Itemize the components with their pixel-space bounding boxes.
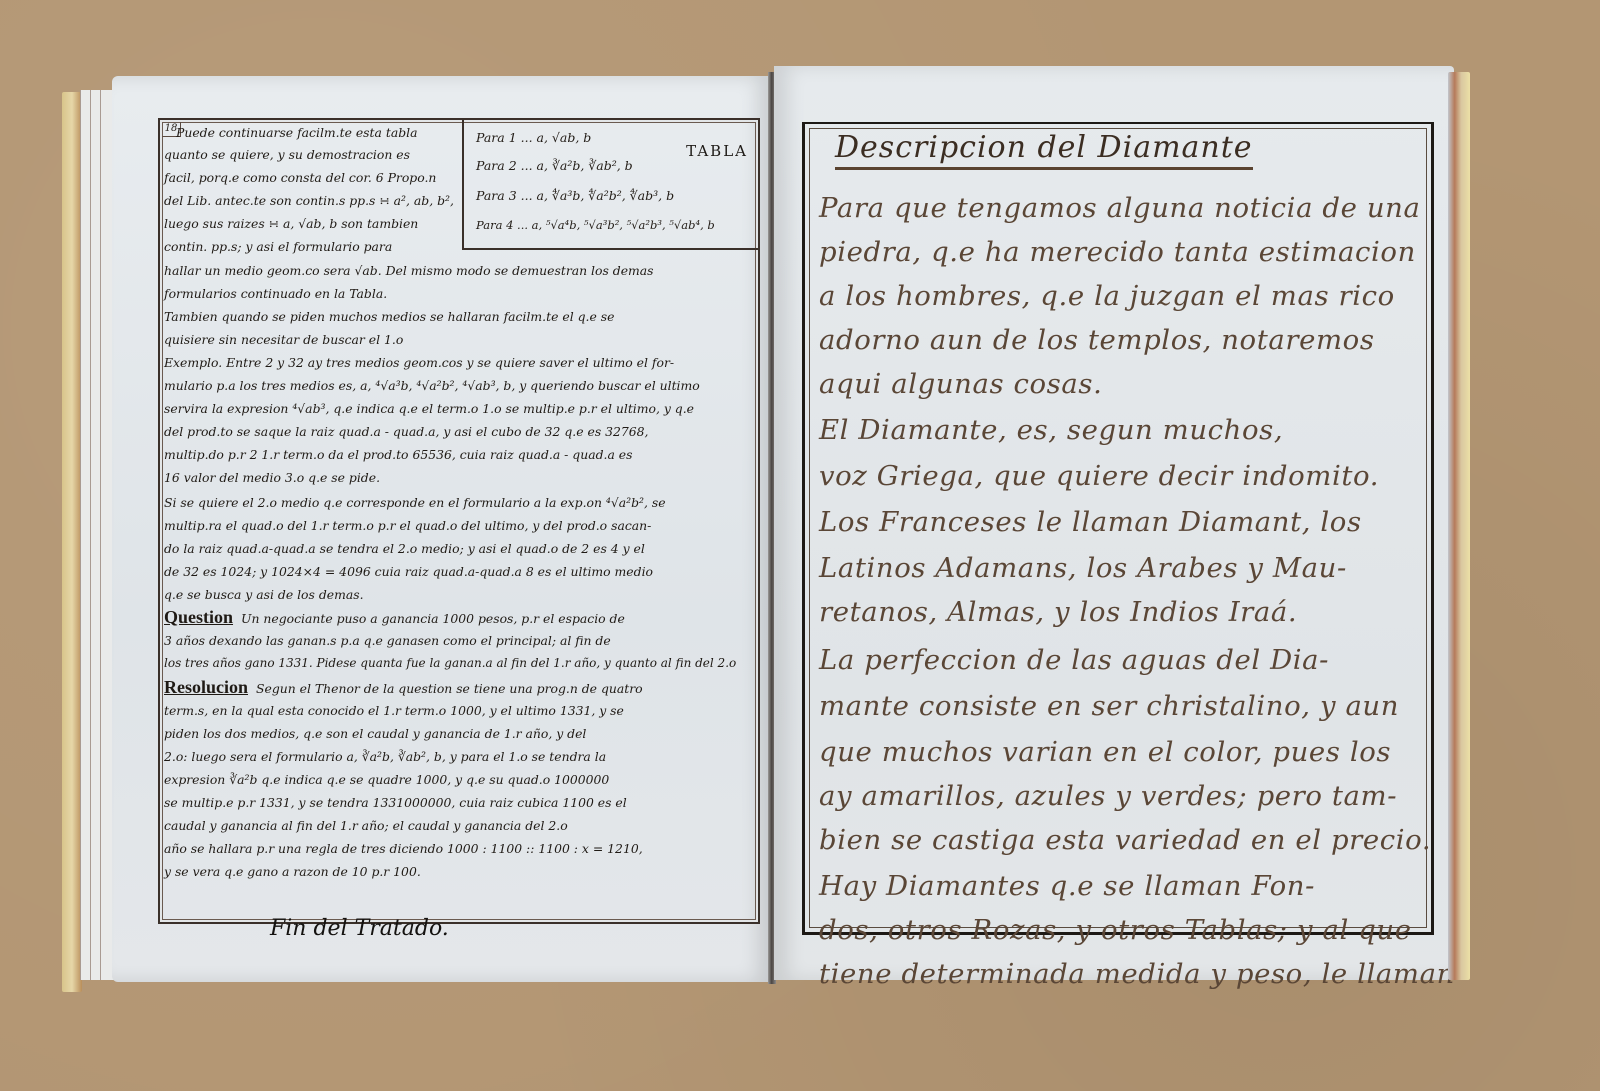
text-line: luego sus raizes ∺ a, √ab, b son tambien xyxy=(164,213,418,236)
text-line: dos, otros Rozas, y otros Tablas; y al q… xyxy=(819,914,1412,946)
text-line: voz Griega, que quiere decir indomito. xyxy=(819,460,1379,492)
resolution-text: Segun el Thenor de la question se tiene … xyxy=(256,681,643,696)
text-line: que muchos varian en el color, pues los xyxy=(819,736,1391,768)
text-line: hallar un medio geom.co sera √ab. Del mi… xyxy=(164,260,654,283)
resolution-line: caudal y ganancia al fin del 1.r año; el… xyxy=(164,815,568,838)
resolution-line: se multip.e p.r 1331, y se tendra 133100… xyxy=(164,792,627,815)
resolution-line: y se vera q.e gano a razon de 10 p.r 100… xyxy=(164,861,421,884)
text-line: Tambien quando se piden muchos medios se… xyxy=(164,306,614,329)
page-title: Descripcion del Diamante xyxy=(835,130,1253,170)
formula-table: TABLA Para 1 ... a, √ab, b Para 2 ... a,… xyxy=(462,120,758,250)
text-line: quanto se quiere, y su demostracion es xyxy=(164,144,410,167)
right-cover-edge xyxy=(1448,72,1470,980)
text-line: Exemplo. Entre 2 y 32 ay tres medios geo… xyxy=(164,352,674,375)
left-cover-edge xyxy=(62,92,82,992)
left-page: 18 TABLA Para 1 ... a, √ab, b Para 2 ...… xyxy=(112,76,772,982)
right-page: Descripcion del Diamante Para que tengam… xyxy=(774,66,1454,980)
table-row: Para 1 ... a, √ab, b xyxy=(476,130,591,145)
text-line: retanos, Almas, y los Indios Iraá. xyxy=(819,596,1297,628)
text-line: Latinos Adamans, los Arabes y Mau- xyxy=(819,552,1347,584)
resolution-line: expresion ∛a²b q.e indica q.e se quadre … xyxy=(164,769,609,792)
text-line: servira la expresion ⁴√ab³, q.e indica q… xyxy=(164,398,694,421)
text-line: Para que tengamos alguna noticia de una xyxy=(819,192,1420,224)
question-line: 3 años dexando las ganan.s p.a q.e ganas… xyxy=(164,630,611,653)
right-page-frame: Descripcion del Diamante Para que tengam… xyxy=(802,122,1434,935)
text-line: contin. pp.s; y asi el formulario para xyxy=(164,236,392,259)
text-line: tiene determinada medida y peso, le llam… xyxy=(819,958,1455,990)
question-line: los tres años gano 1331. Pidese quanta f… xyxy=(164,652,736,675)
text-line: a los hombres, q.e la juzgan el mas rico xyxy=(819,280,1395,312)
text-line: La perfeccion de las aguas del Dia- xyxy=(819,644,1329,676)
text-line: aqui algunas cosas. xyxy=(819,368,1102,400)
text-line: del Lib. antec.te son contin.s pp.s ∺ a²… xyxy=(164,190,454,213)
resolution-line: año se hallara p.r una regla de tres dic… xyxy=(164,838,643,861)
table-row: Para 4 ... a, ⁵√a⁴b, ⁵√a³b², ⁵√a²b³, ⁵√a… xyxy=(476,218,715,232)
text-line: bien se castiga esta variedad en el prec… xyxy=(819,824,1431,856)
table-title: TABLA xyxy=(686,142,748,160)
left-page-frame: 18 TABLA Para 1 ... a, √ab, b Para 2 ...… xyxy=(158,118,760,924)
text-line: q.e se busca y asi de los demas. xyxy=(164,584,364,607)
resolution-label: Resolucion xyxy=(164,677,248,697)
text-line: multip.do p.r 2 1.r term.o da el prod.to… xyxy=(164,444,633,467)
text-line: Los Franceses le llaman Diamant, los xyxy=(819,506,1362,538)
text-line: formularios continuado en la Tabla. xyxy=(164,283,387,306)
text-line: mulario p.a los tres medios es, a, ⁴√a³b… xyxy=(164,375,700,398)
text-line: quisiere sin necesitar de buscar el 1.o xyxy=(164,329,403,352)
text-line: mante consiste en ser christalino, y aun xyxy=(819,690,1399,722)
text-line: Si se quiere el 2.o medio q.e correspond… xyxy=(164,492,666,515)
text-line: do la raiz quad.a-quad.a se tendra el 2.… xyxy=(164,538,645,561)
text-line: multip.ra el quad.o del 1.r term.o p.r e… xyxy=(164,515,651,538)
question-text: Un negociante puso a ganancia 1000 pesos… xyxy=(241,611,625,626)
resolution-line: term.s, en la qual esta conocido el 1.r … xyxy=(164,700,624,723)
text-line: Hay Diamantes q.e se llaman Fon- xyxy=(819,870,1315,902)
text-line: Puede continuarse facilm.te esta tabla xyxy=(176,122,418,145)
resolution-line: 2.o: luego sera el formulario a, ∛a²b, ∛… xyxy=(164,746,606,769)
text-line: de 32 es 1024; y 1024×4 = 4096 cuia raiz… xyxy=(164,561,653,584)
resolution-line: piden los dos medios, q.e son el caudal … xyxy=(164,723,586,746)
text-line: facil, porq.e como consta del cor. 6 Pro… xyxy=(164,167,436,190)
text-line: piedra, q.e ha merecido tanta estimacion xyxy=(819,236,1416,268)
text-line: del prod.to se saque la raiz quad.a - qu… xyxy=(164,421,648,444)
text-line: 16 valor del medio 3.o q.e se pide. xyxy=(164,467,380,490)
text-line: ay amarillos, azules y verdes; pero tam- xyxy=(819,780,1397,812)
text-line: El Diamante, es, segun muchos, xyxy=(819,414,1283,446)
open-manuscript-book: 18 TABLA Para 1 ... a, √ab, b Para 2 ...… xyxy=(62,62,1482,992)
text-line: adorno aun de los templos, notaremos xyxy=(819,324,1375,356)
table-row: Para 2 ... a, ∛a²b, ∛ab², b xyxy=(476,158,633,173)
closing-text: Fin del Tratado. xyxy=(270,916,449,941)
question-line: QuestionUn negociante puso a ganancia 10… xyxy=(164,606,625,631)
table-row: Para 3 ... a, ∜a³b, ∜a²b², ∜ab³, b xyxy=(476,188,674,203)
question-label: Question xyxy=(164,607,233,627)
resolution-line: ResolucionSegun el Thenor de la question… xyxy=(164,676,643,701)
